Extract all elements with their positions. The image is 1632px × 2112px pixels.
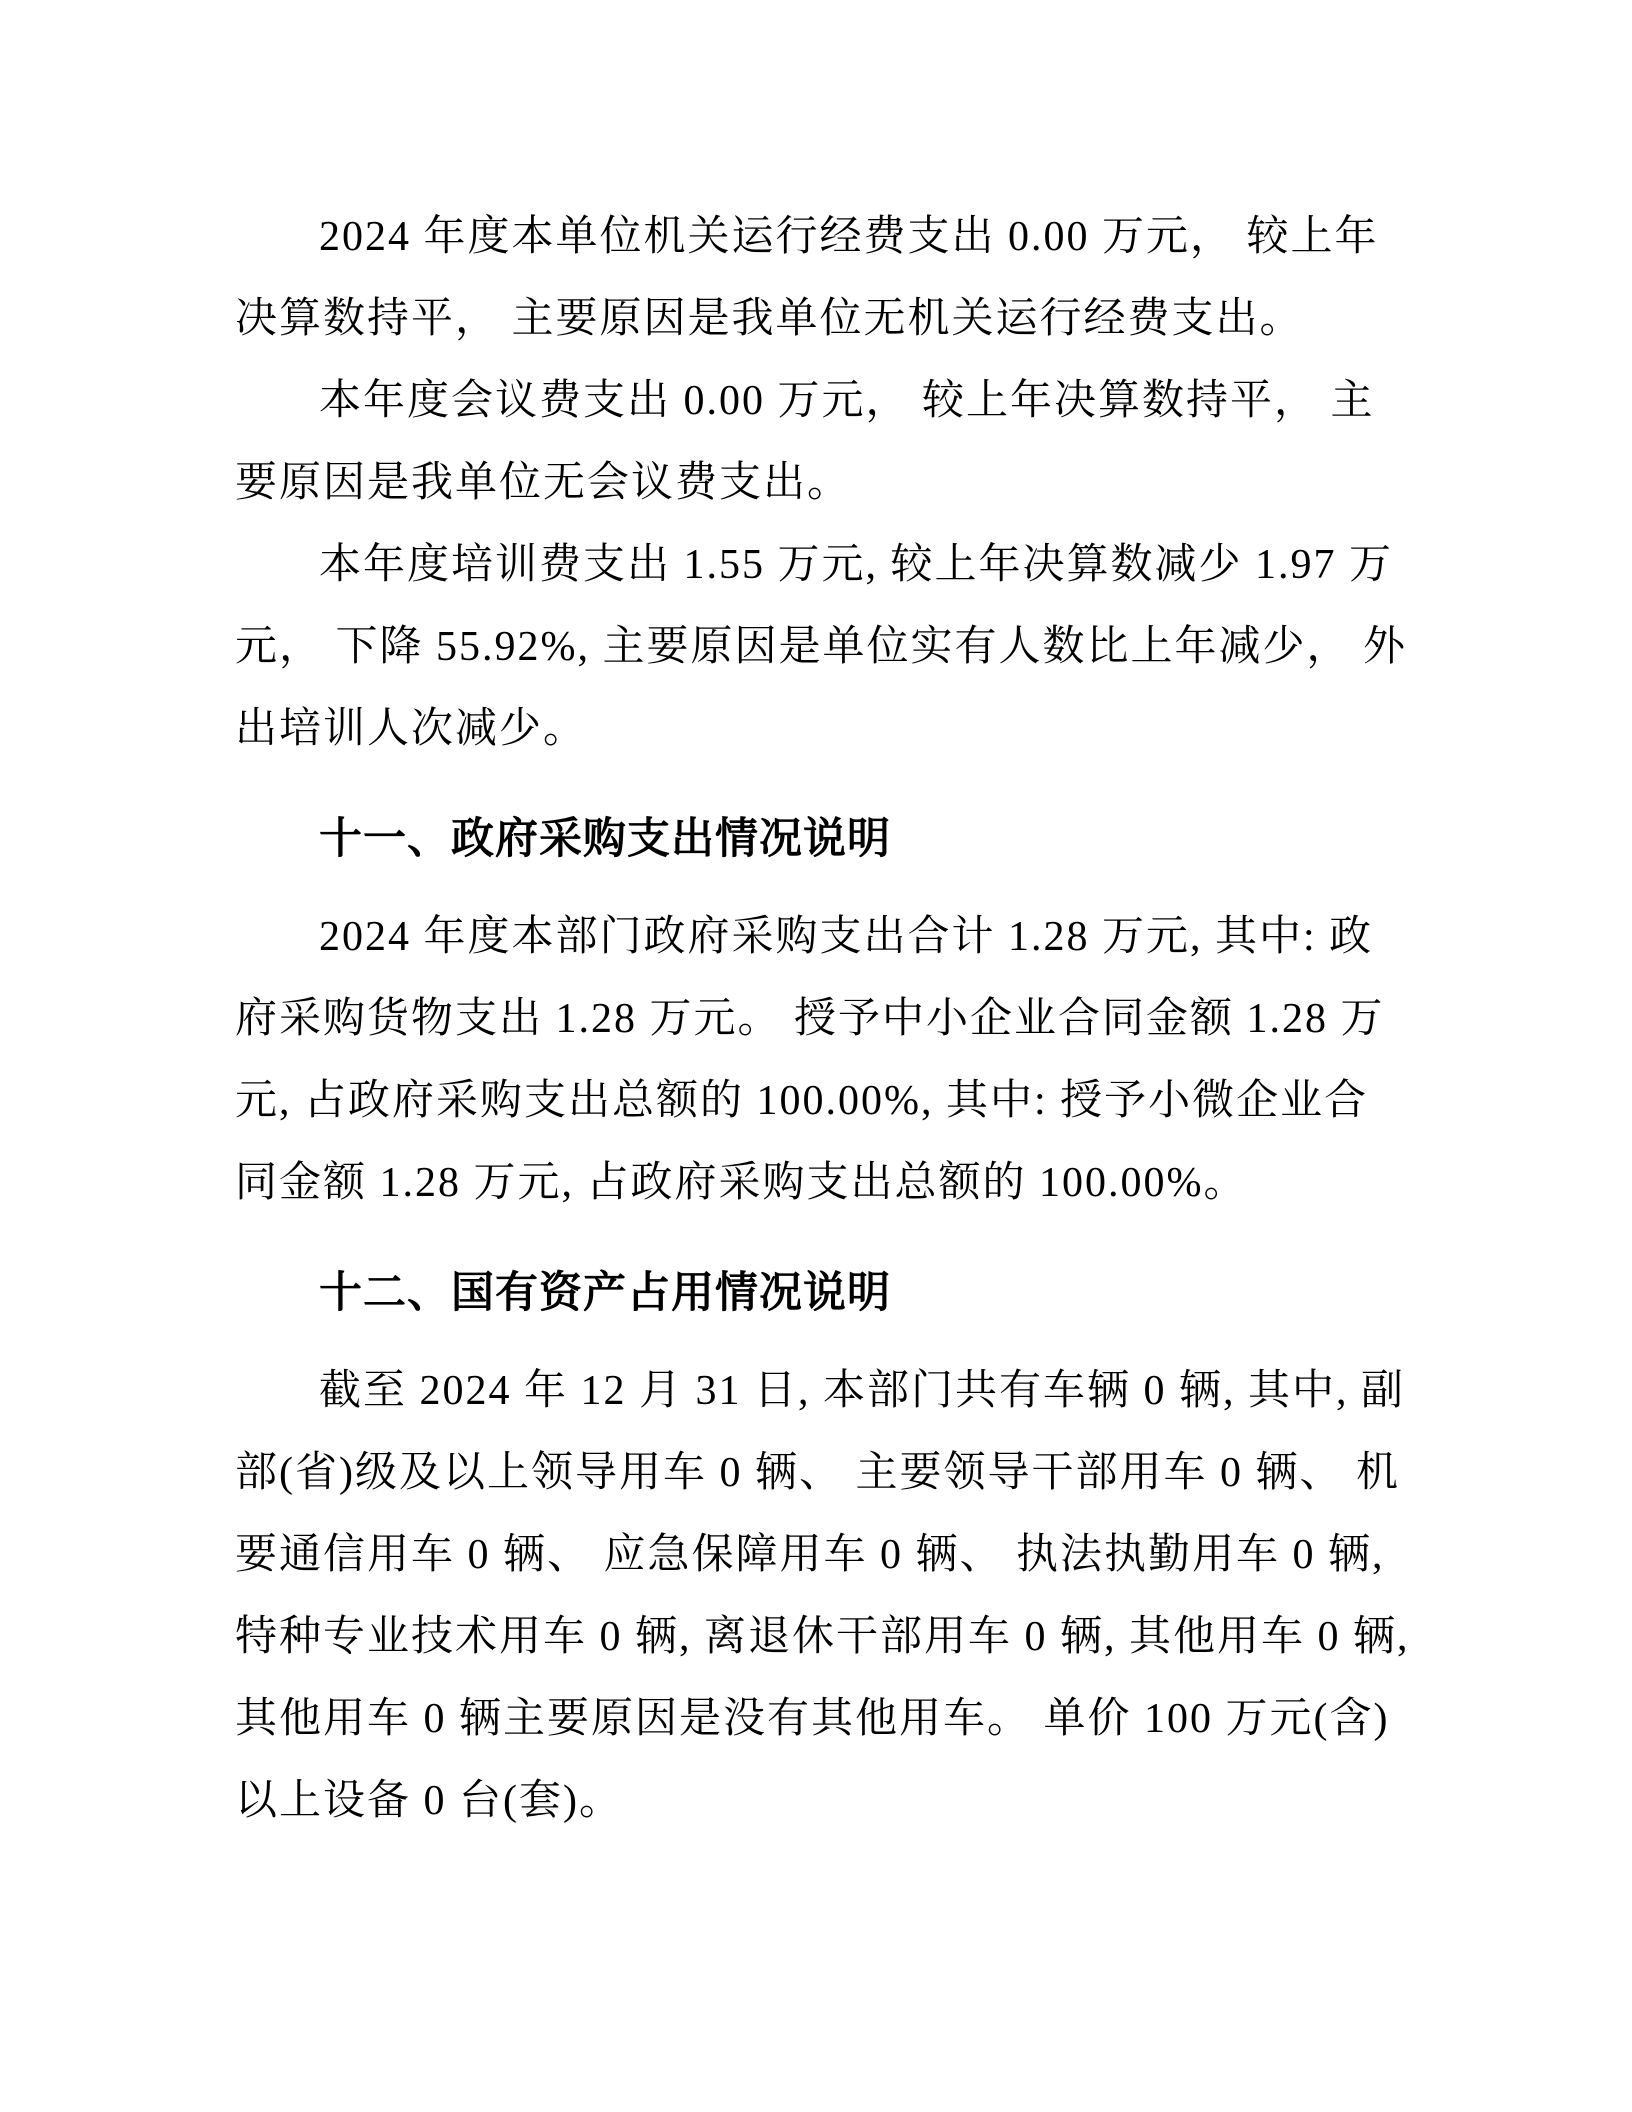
heading-section-12-state-assets: 十二、国有资产占用情况说明 [235,1252,1412,1334]
paragraph-training-expense: 本年度培训费支出 1.55 万元, 较上年决算数减少 1.97 万元， 下降 5… [235,524,1412,770]
heading-section-11-gov-procurement: 十一、政府采购支出情况说明 [235,798,1412,880]
paragraph-meeting-expense: 本年度会议费支出 0.00 万元， 较上年决算数持平， 主要原因是我单位无会议费… [235,360,1412,524]
paragraph-state-assets-detail: 截至 2024 年 12 月 31 日, 本部门共有车辆 0 辆, 其中, 副部… [235,1350,1412,1842]
paragraph-gov-procurement-detail: 2024 年度本部门政府采购支出合计 1.28 万元, 其中: 政府采购货物支出… [235,896,1412,1224]
paragraph-operating-expense: 2024 年度本单位机关运行经费支出 0.00 万元， 较上年决算数持平， 主要… [235,196,1412,360]
document-content: 2024 年度本单位机关运行经费支出 0.00 万元， 较上年决算数持平， 主要… [235,196,1412,1842]
document-page: 2024 年度本单位机关运行经费支出 0.00 万元， 较上年决算数持平， 主要… [0,0,1632,2112]
